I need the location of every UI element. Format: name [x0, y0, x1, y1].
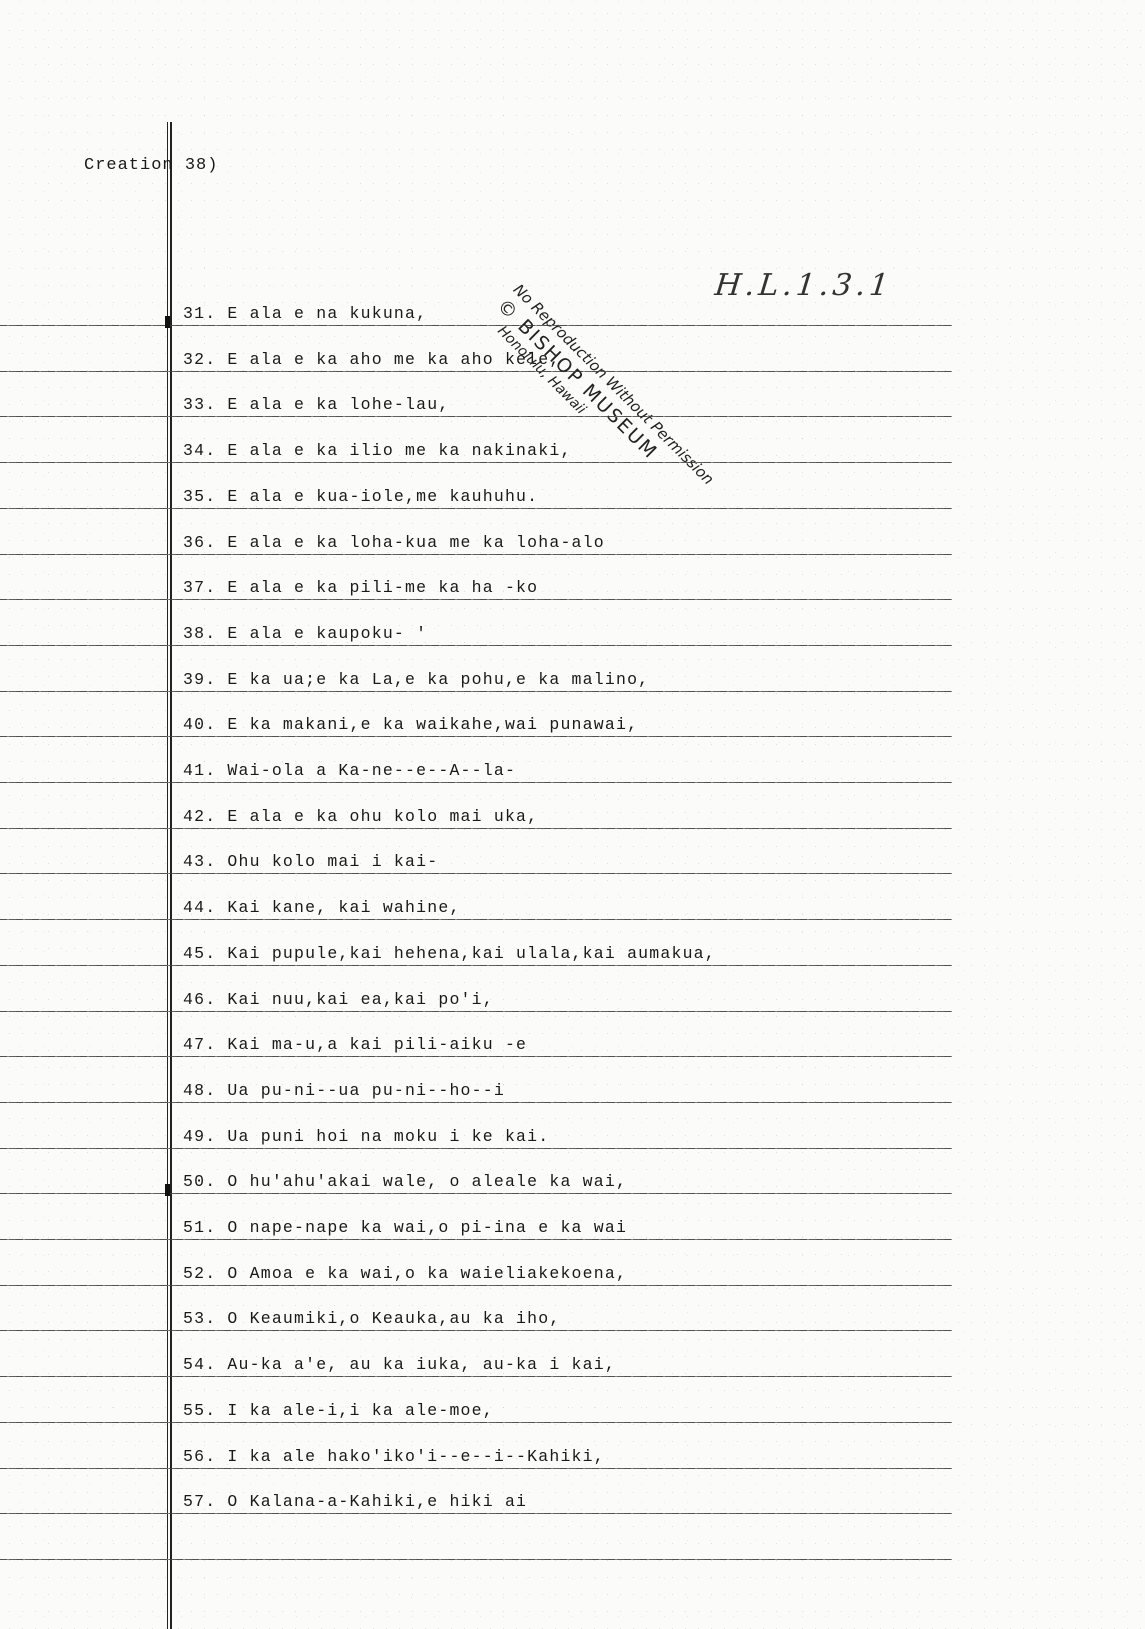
- verse-text: 31. E ala e na kukuna,: [183, 304, 427, 323]
- ruled-line: [0, 1285, 952, 1286]
- verse-text: 36. E ala e ka loha-kua me ka loha-alo: [183, 533, 605, 552]
- verse-text: 53. O Keaumiki,o Keauka,au ka iho,: [183, 1309, 560, 1328]
- ruled-line: [0, 691, 952, 692]
- verse-text: 49. Ua puni hoi na moku i ke kai.: [183, 1127, 549, 1146]
- verse-text: 48. Ua pu-ni--ua pu-ni--ho--i: [183, 1081, 505, 1100]
- verse-text: 37. E ala e ka pili-me ka ha -ko: [183, 578, 538, 597]
- ruled-line: [0, 1330, 952, 1331]
- verse-text: 40. E ka makani,e ka waikahe,wai punawai…: [183, 715, 638, 734]
- verse-text: 43. Ohu kolo mai i kai-: [183, 852, 438, 871]
- ruled-line: [0, 1513, 952, 1514]
- ruled-line: [0, 371, 952, 372]
- ruled-line: [0, 508, 952, 509]
- catalog-number: H.L.1.3.1: [713, 268, 894, 303]
- page-header: Creation 38): [84, 156, 218, 175]
- verse-text: 50. O hu'ahu'akai wale, o aleale ka wai,: [183, 1172, 627, 1191]
- ruled-line: [0, 416, 952, 417]
- stamp-line-2: © BISHOP MUSEUM: [493, 296, 661, 464]
- verse-text: 47. Kai ma-u,a kai pili-aiku -e: [183, 1035, 527, 1054]
- ruled-line: [0, 1468, 952, 1469]
- ruled-line: [0, 873, 952, 874]
- verse-text: 55. I ka ale-i,i ka ale-moe,: [183, 1401, 494, 1420]
- ruled-line: [0, 782, 952, 783]
- margin-tick: [165, 1184, 170, 1196]
- ruled-line: [0, 599, 952, 600]
- ruled-line: [0, 462, 952, 463]
- ruled-line: [0, 1559, 952, 1560]
- verse-text: 42. E ala e ka ohu kolo mai uka,: [183, 807, 538, 826]
- verse-text: 38. E ala e kaupoku- ': [183, 624, 427, 643]
- paper-texture: [0, 0, 1145, 1629]
- margin-line: [167, 122, 168, 1629]
- margin-tick: [165, 316, 170, 328]
- verse-text: 46. Kai nuu,kai ea,kai po'i,: [183, 990, 494, 1009]
- verse-text: 52. O Amoa e ka wai,o ka waieliakekoena,: [183, 1264, 627, 1283]
- verse-text: 41. Wai-ola a Ka-ne--e--A--la-: [183, 761, 516, 780]
- ruled-line: [0, 736, 952, 737]
- verse-text: 57. O Kalana-a-Kahiki,e hiki ai: [183, 1492, 527, 1511]
- ruled-line: [0, 1422, 952, 1423]
- ruled-line: [0, 1102, 952, 1103]
- ruled-line: [0, 1193, 952, 1194]
- verse-text: 45. Kai pupule,kai hehena,kai ulala,kai …: [183, 944, 716, 963]
- verse-text: 39. E ka ua;e ka La,e ka pohu,e ka malin…: [183, 670, 649, 689]
- ruled-line: [0, 554, 952, 555]
- verse-text: 33. E ala e ka lohe-lau,: [183, 395, 449, 414]
- ruled-line: [0, 1011, 952, 1012]
- verse-text: 35. E ala e kua-iole,me kauhuhu.: [183, 487, 538, 506]
- ruled-line: [0, 1148, 952, 1149]
- ruled-line: [0, 1239, 952, 1240]
- ruled-line: [0, 919, 952, 920]
- verse-text: 54. Au-ka a'e, au ka iuka, au-ka i kai,: [183, 1355, 616, 1374]
- verse-text: 56. I ka ale hako'iko'i--e--i--Kahiki,: [183, 1447, 605, 1466]
- ruled-line: [0, 325, 952, 326]
- ruled-line: [0, 828, 952, 829]
- ruled-line: [0, 1376, 952, 1377]
- margin-line: [170, 122, 172, 1629]
- verse-text: 44. Kai kane, kai wahine,: [183, 898, 461, 917]
- ruled-line: [0, 965, 952, 966]
- verse-text: 32. E ala e ka aho me ka aho kele,: [183, 350, 560, 369]
- ruled-line: [0, 645, 952, 646]
- ruled-line: [0, 1056, 952, 1057]
- verse-text: 34. E ala e ka ilio me ka nakinaki,: [183, 441, 572, 460]
- verse-text: 51. O nape-nape ka wai,o pi-ina e ka wai: [183, 1218, 627, 1237]
- document-page: Creation 38) H.L.1.3.1 No Reproduction W…: [0, 0, 1145, 1629]
